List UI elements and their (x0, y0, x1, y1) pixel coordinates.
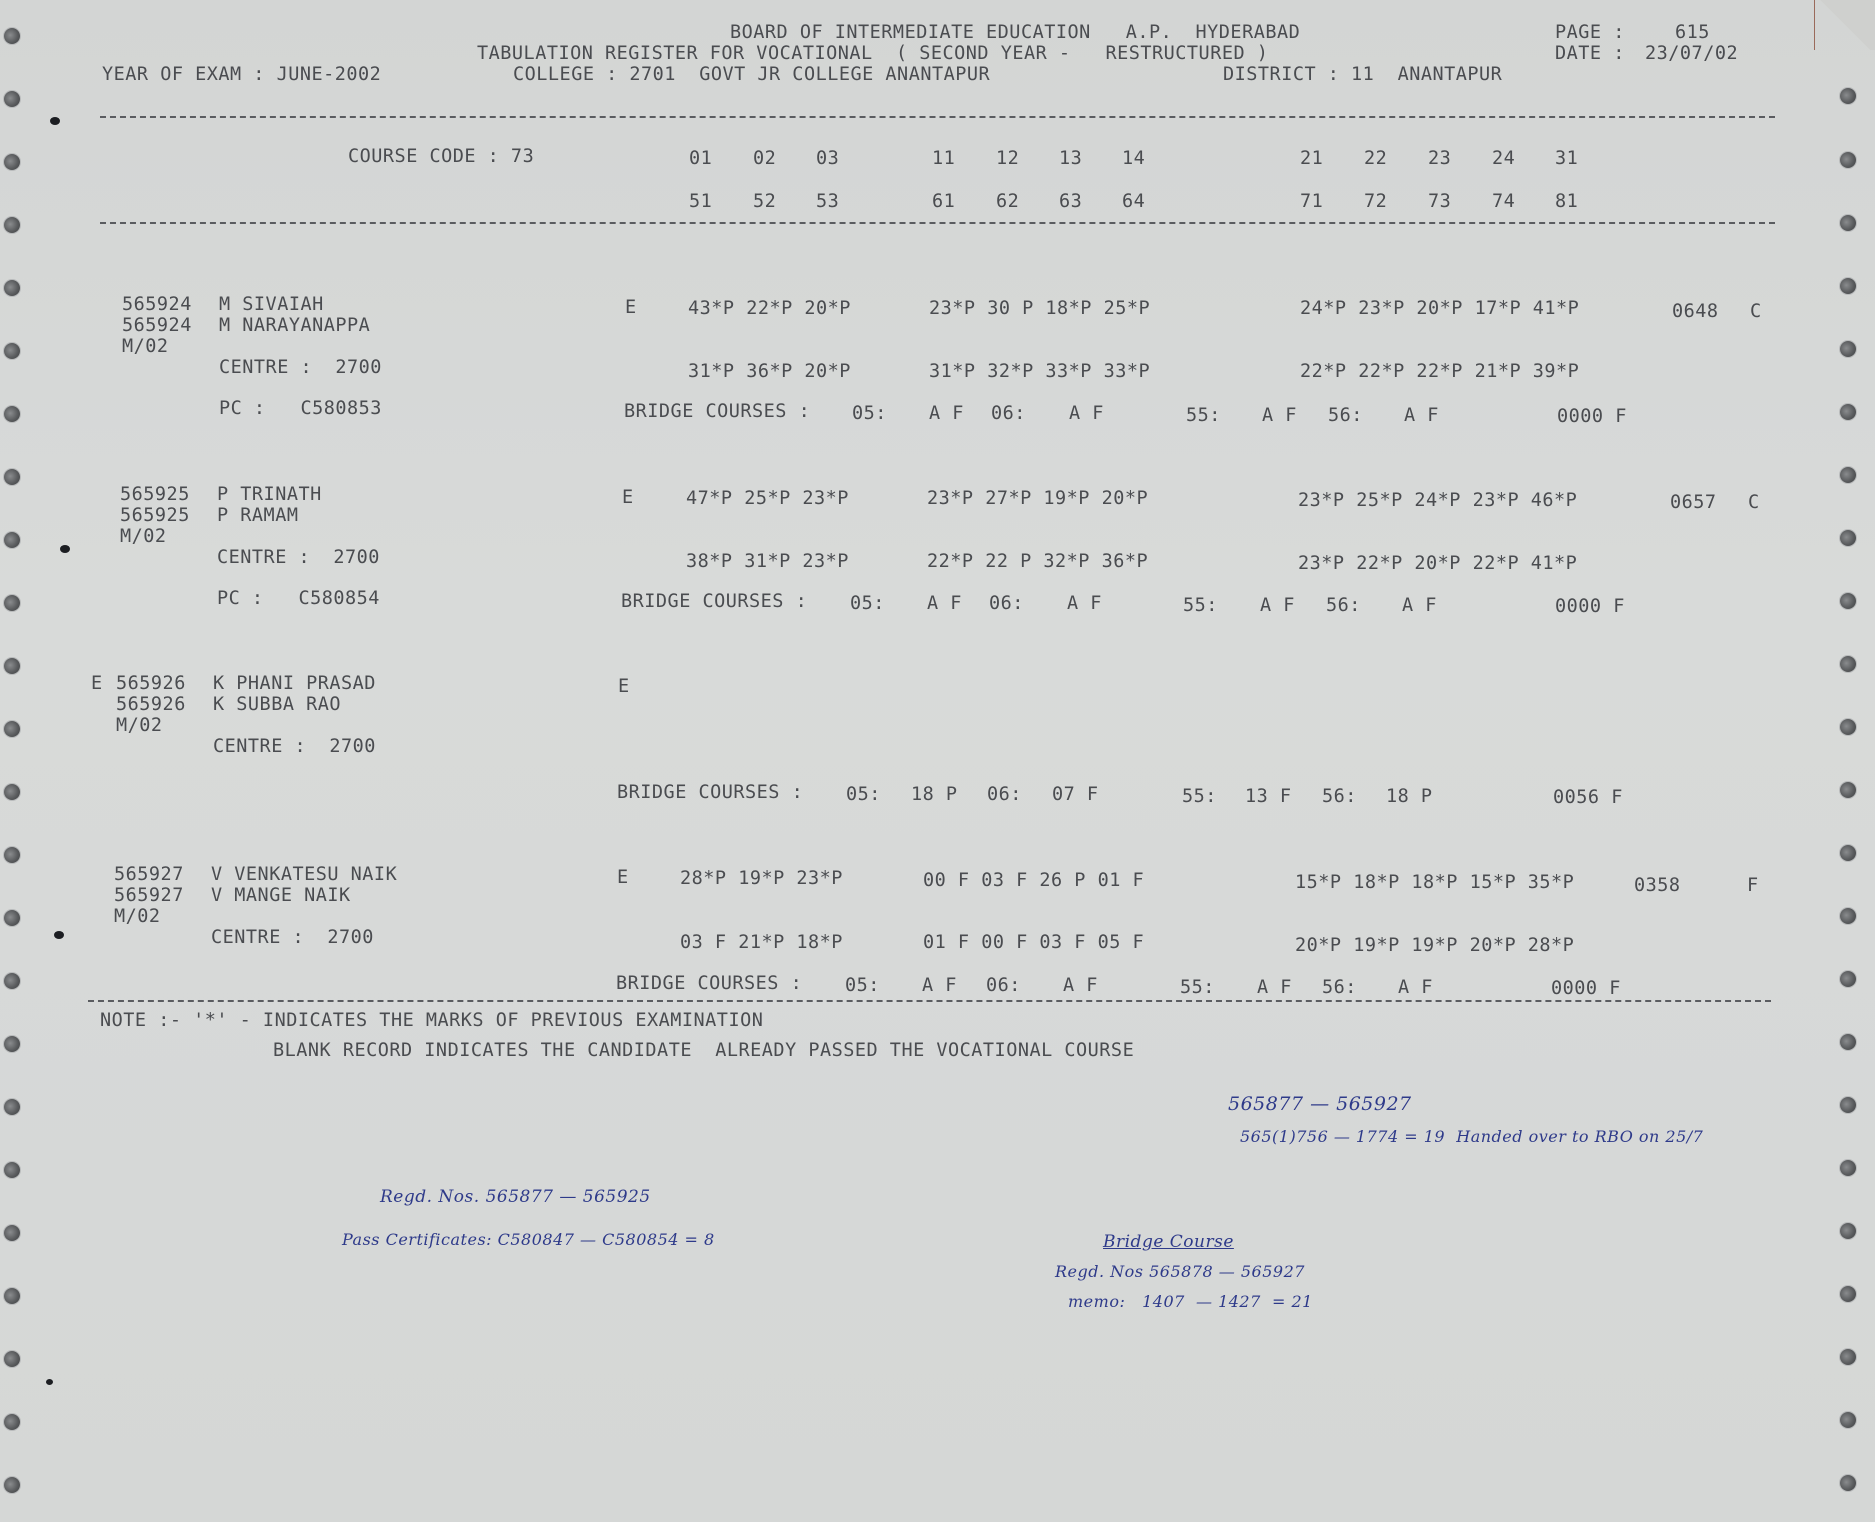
subject-code: 53 (816, 191, 839, 212)
marks-part1-group-a: 43*P 22*P 20*P (688, 298, 851, 319)
exam-flag: E (617, 867, 629, 888)
ink-spot (50, 117, 60, 125)
marks-part2-group-c: 22*P 22*P 22*P 21*P 39*P (1300, 361, 1579, 382)
grand-total: 0358 (1634, 875, 1681, 896)
footer-divider (88, 1000, 1771, 1002)
marks-part1-group-a: 47*P 25*P 23*P (686, 488, 849, 509)
bridge-total: 0000 F (1551, 978, 1621, 999)
reg-number: 565927 (114, 864, 184, 885)
father-name: V MANGE NAIK (211, 885, 351, 906)
reg-number-2: 565925 (120, 505, 190, 526)
subject-code: 72 (1364, 191, 1387, 212)
course-header-divider (100, 222, 1775, 224)
bridge-code: 56: (1322, 786, 1357, 807)
handwritten-regd-nos: Regd. Nos. 565877 — 565925 (380, 1187, 651, 1207)
pass-certificate: PC : C580854 (217, 588, 380, 609)
course-code: COURSE CODE : 73 (348, 146, 534, 167)
board-title: BOARD OF INTERMEDIATE EDUCATION A.P. HYD… (730, 22, 1300, 43)
print-date: 23/07/02 (1645, 43, 1738, 64)
bridge-code: 05: (846, 784, 881, 805)
subject-code: 63 (1059, 191, 1082, 212)
bridge-mark: A F (1257, 977, 1292, 998)
centre: CENTRE : 2700 (211, 927, 374, 948)
bridge-code: 56: (1326, 595, 1361, 616)
marks-part1-group-c: 15*P 18*P 18*P 15*P 35*P (1295, 872, 1574, 893)
result: F (1747, 875, 1759, 896)
folded-corner (1814, 0, 1875, 50)
marks-part2-group-b: 22*P 22 P 32*P 36*P (927, 551, 1148, 572)
year-of-exam: YEAR OF EXAM : JUNE-2002 (102, 64, 381, 85)
bridge-code: 06: (989, 593, 1024, 614)
bridge-mark: A F (927, 593, 962, 614)
pass-certificate: PC : C580853 (219, 398, 382, 419)
bridge-total: 0000 F (1557, 406, 1627, 427)
ink-spot (60, 545, 70, 553)
bridge-total: 0000 F (1555, 596, 1625, 617)
subject-code: 61 (932, 191, 955, 212)
bridge-label: BRIDGE COURSES : (616, 973, 802, 994)
bridge-mark: A F (1404, 405, 1439, 426)
marks-part2-group-a: 38*P 31*P 23*P (686, 551, 849, 572)
page-number: 615 (1675, 22, 1710, 43)
bridge-mark: A F (1069, 403, 1104, 424)
register-title: TABULATION REGISTER FOR VOCATIONAL ( SEC… (477, 43, 1268, 64)
medium-code: M/02 (116, 715, 163, 736)
subject-code: 02 (753, 148, 776, 169)
marks-part2-group-a: 03 F 21*P 18*P (680, 932, 843, 953)
handwritten-bridge-title: Bridge Course (1103, 1232, 1234, 1252)
marks-part2-group-c: 20*P 19*P 19*P 20*P 28*P (1295, 935, 1574, 956)
subject-code: 52 (753, 191, 776, 212)
marks-part2-group-b: 31*P 32*P 33*P 33*P (929, 361, 1150, 382)
bridge-mark: A F (1260, 595, 1295, 616)
subject-code: 01 (689, 148, 712, 169)
result: C (1750, 301, 1762, 322)
note-line-2: BLANK RECORD INDICATES THE CANDIDATE ALR… (273, 1040, 1134, 1061)
ink-spot (54, 931, 64, 939)
bridge-code: 55: (1180, 977, 1215, 998)
marks-part1-group-b: 00 F 03 F 26 P 01 F (923, 870, 1144, 891)
marks-part1-group-a: 28*P 19*P 23*P (680, 868, 843, 889)
result: C (1748, 492, 1760, 513)
subject-code: 11 (932, 148, 955, 169)
bridge-mark: A F (1398, 977, 1433, 998)
bridge-label: BRIDGE COURSES : (624, 401, 810, 422)
centre: CENTRE : 2700 (213, 736, 376, 757)
subject-code: 51 (689, 191, 712, 212)
marks-part1-group-c: 23*P 25*P 24*P 23*P 46*P (1298, 490, 1577, 511)
subject-code: 62 (996, 191, 1019, 212)
subject-code: 81 (1555, 191, 1578, 212)
subject-code: 31 (1555, 148, 1578, 169)
subject-code: 74 (1492, 191, 1515, 212)
reg-number: 565926 (116, 673, 186, 694)
candidate-name: P TRINATH (217, 484, 322, 505)
subject-code: 64 (1122, 191, 1145, 212)
bridge-code: 06: (991, 403, 1026, 424)
handwritten-handover-note: 565(1)756 — 1774 = 19 Handed over to RBO… (1240, 1127, 1703, 1146)
grand-total: 0648 (1672, 301, 1719, 322)
bridge-mark: A F (1262, 405, 1297, 426)
reg-number-2: 565926 (116, 694, 186, 715)
subject-code: 24 (1492, 148, 1515, 169)
subject-code: 22 (1364, 148, 1387, 169)
handwritten-bridge-memo: memo: 1407 — 1427 = 21 (1068, 1292, 1313, 1311)
medium-code: M/02 (120, 526, 167, 547)
bridge-mark: A F (1402, 595, 1437, 616)
bridge-mark: 18 P (1386, 786, 1433, 807)
subject-code: 73 (1428, 191, 1451, 212)
medium-code: M/02 (122, 336, 169, 357)
medium-code: M/02 (114, 906, 161, 927)
marks-part2-group-c: 23*P 22*P 20*P 22*P 41*P (1298, 553, 1577, 574)
marks-part2-group-b: 01 F 00 F 03 F 05 F (923, 932, 1144, 953)
marks-part2-group-a: 31*P 36*P 20*P (688, 361, 851, 382)
reg-number: 565924 (122, 294, 192, 315)
bridge-mark: A F (1063, 975, 1098, 996)
exam-flag: E (618, 676, 630, 697)
note-line-1: NOTE :- '*' - INDICATES THE MARKS OF PRE… (100, 1010, 763, 1031)
reg-number-2: 565927 (114, 885, 184, 906)
bridge-mark: A F (922, 975, 957, 996)
centre: CENTRE : 2700 (217, 547, 380, 568)
candidate-name: V VENKATESU NAIK (211, 864, 397, 885)
candidate-name: K PHANI PRASAD (213, 673, 376, 694)
subject-code: 13 (1059, 148, 1082, 169)
reg-number-2: 565924 (122, 315, 192, 336)
record-prefix-flag: E (91, 673, 103, 694)
bridge-mark: 18 P (911, 784, 958, 805)
subject-code: 12 (996, 148, 1019, 169)
subject-code: 14 (1122, 148, 1145, 169)
bridge-code: 56: (1322, 977, 1357, 998)
ink-spot (46, 1379, 53, 1385)
father-name: M NARAYANAPPA (219, 315, 370, 336)
subject-code: 23 (1428, 148, 1451, 169)
father-name: P RAMAM (217, 505, 298, 526)
bridge-total: 0056 F (1553, 787, 1623, 808)
bridge-mark: 13 F (1245, 786, 1292, 807)
header-divider (100, 116, 1775, 118)
exam-flag: E (622, 487, 634, 508)
bridge-mark: 07 F (1052, 784, 1099, 805)
bridge-code: 05: (850, 593, 885, 614)
marks-part1-group-c: 24*P 23*P 20*P 17*P 41*P (1300, 298, 1579, 319)
bridge-code: 55: (1186, 405, 1221, 426)
handwritten-range: 565877 — 565927 (1228, 1093, 1412, 1115)
grand-total: 0657 (1670, 492, 1717, 513)
date-label: DATE : (1555, 43, 1625, 64)
subject-code: 03 (816, 148, 839, 169)
father-name: K SUBBA RAO (213, 694, 341, 715)
bridge-code: 55: (1183, 595, 1218, 616)
candidate-name: M SIVAIAH (219, 294, 324, 315)
bridge-code: 05: (852, 403, 887, 424)
handwritten-pass-certificates: Pass Certificates: C580847 — C580854 = 8 (342, 1230, 715, 1249)
handwritten-bridge-regd: Regd. Nos 565878 — 565927 (1055, 1262, 1305, 1281)
bridge-code: 05: (845, 975, 880, 996)
exam-flag: E (625, 297, 637, 318)
reg-number: 565925 (120, 484, 190, 505)
bridge-code: 55: (1182, 786, 1217, 807)
marks-part1-group-b: 23*P 30 P 18*P 25*P (929, 298, 1150, 319)
bridge-label: BRIDGE COURSES : (621, 591, 807, 612)
bridge-code: 06: (987, 784, 1022, 805)
bridge-mark: A F (929, 403, 964, 424)
bridge-code: 06: (986, 975, 1021, 996)
centre: CENTRE : 2700 (219, 357, 382, 378)
tabulation-register-page: BOARD OF INTERMEDIATE EDUCATION A.P. HYD… (0, 0, 1875, 1522)
college-info: COLLEGE : 2701 GOVT JR COLLEGE ANANTAPUR (513, 64, 990, 85)
marks-part1-group-b: 23*P 27*P 19*P 20*P (927, 488, 1148, 509)
subject-code: 71 (1300, 191, 1323, 212)
bridge-mark: A F (1067, 593, 1102, 614)
bridge-label: BRIDGE COURSES : (617, 782, 803, 803)
bridge-code: 56: (1328, 405, 1363, 426)
district-info: DISTRICT : 11 ANANTAPUR (1223, 64, 1502, 85)
page-label: PAGE : (1555, 22, 1625, 43)
subject-code: 21 (1300, 148, 1323, 169)
